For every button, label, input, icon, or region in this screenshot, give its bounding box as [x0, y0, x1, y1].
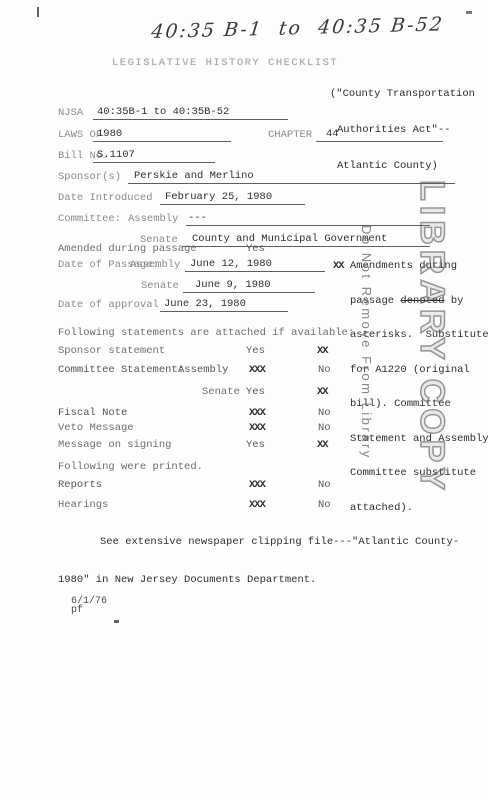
library-stamp-warning-text: Do Not Remove From Library: [360, 225, 372, 460]
committee-assembly-underline: ---: [186, 212, 430, 226]
printed-no-value: No: [318, 499, 331, 511]
sponsors-value: Perskie and Merlino: [134, 170, 254, 182]
amendments-note-line: Committee substitute: [333, 468, 488, 480]
passage-senate-underline: June 9, 1980: [183, 279, 315, 293]
amendments-note-line: for A1220 (original: [333, 365, 488, 377]
act-subject-line: ("County Transportation: [330, 88, 475, 100]
passage-assembly-value: June 12, 1980: [190, 258, 272, 270]
scan-artifact: [37, 7, 39, 17]
amended-value: Yes: [246, 243, 265, 255]
amendments-note-marker: XX: [333, 260, 344, 272]
amendments-note-line: asterisks. Substituted: [333, 330, 488, 342]
sponsors-label: Sponsor(s): [58, 171, 121, 183]
chapter-value: 44: [326, 128, 339, 140]
laws-of-underline: 1980: [93, 128, 231, 142]
committee-assembly-label: Assembly: [128, 213, 178, 225]
statement-row-label: Committee Statement:: [58, 364, 184, 376]
chapter-underline: 44: [316, 128, 443, 142]
newspaper-clipping-note-line: 1980" in New Jersey Documents Department…: [58, 574, 459, 587]
statements-intro: Following statements are attached if ava…: [58, 327, 354, 339]
statement-no-value: XX: [317, 345, 328, 357]
scan-artifact: [114, 620, 119, 623]
statement-yes-value: Yes: [246, 386, 265, 398]
njsa-underline: 40:35B-1 to 40:35B-52: [93, 106, 288, 120]
scan-artifact: [466, 11, 472, 14]
date-approval-value: June 23, 1980: [164, 298, 246, 310]
statement-no-value: No: [318, 364, 331, 376]
newspaper-clipping-note: See extensive newspaper clipping file---…: [58, 511, 459, 611]
amendments-note-line: Statement and Assembly: [333, 434, 488, 446]
statement-no-value: No: [318, 407, 331, 419]
printed-yes-value: XXX: [249, 499, 265, 511]
statement-row-sublabel: Assembly: [178, 364, 228, 376]
statement-row-label: Sponsor statement: [58, 345, 165, 357]
statement-yes-value: Yes: [246, 439, 265, 451]
njsa-label: NJSA: [58, 107, 83, 119]
statement-no-value: XX: [317, 386, 328, 398]
amendments-note-line: bill). Committee: [333, 399, 488, 411]
njsa-value: 40:35B-1 to 40:35B-52: [97, 106, 229, 118]
form-title: LEGISLATIVE HISTORY CHECKLIST: [112, 57, 338, 69]
statement-row-label: Fiscal Note: [58, 407, 127, 419]
statement-no-value: No: [318, 422, 331, 434]
passage-senate-label: Senate: [141, 280, 179, 292]
passage-assembly-label: Assembly: [130, 259, 180, 271]
library-stamp-copy-text: LIBRARY COPY: [426, 180, 438, 495]
printed-row-label: Hearings: [58, 499, 108, 511]
statement-yes-value: XXX: [249, 364, 265, 376]
statement-row-sublabel: Senate: [202, 386, 240, 398]
sponsors-underline: Perskie and Merlino: [128, 170, 455, 184]
statement-row-label: Veto Message: [58, 422, 134, 434]
passage-senate-value: June 9, 1980: [195, 279, 271, 291]
statement-no-value: XX: [317, 439, 328, 451]
amendments-note-line: passage: [350, 295, 400, 307]
statement-yes-value: XXX: [249, 407, 265, 419]
date-introduced-value: February 25, 1980: [165, 191, 272, 203]
printed-no-value: No: [318, 479, 331, 491]
statement-yes-value: XXX: [249, 422, 265, 434]
printed-intro: Following were printed.: [58, 461, 203, 473]
statement-row-label: Message on signing: [58, 439, 171, 451]
printed-yes-value: XXX: [249, 479, 265, 491]
committee-assembly-value: ---: [188, 212, 207, 224]
bill-no-value: S.1107: [97, 149, 135, 161]
scanned-document-page: 40:35 B-1 to 40:35 B-52 LEGISLATIVE HIST…: [0, 0, 488, 800]
preparer-initials: pf: [71, 605, 83, 617]
newspaper-clipping-note-line: See extensive newspaper clipping file---…: [58, 536, 459, 549]
chapter-label: CHAPTER: [268, 129, 312, 141]
passage-assembly-underline: June 12, 1980: [185, 258, 325, 272]
date-introduced-underline: February 25, 1980: [160, 191, 305, 205]
date-approval-label: Date of approval: [58, 299, 159, 311]
printed-row-label: Reports: [58, 479, 102, 491]
laws-of-value: 1980: [97, 128, 122, 140]
bill-no-underline: S.1107: [93, 149, 215, 163]
committee-label: Committee:: [58, 213, 121, 225]
handwritten-citation: 40:35 B-1 to 40:35 B-52: [151, 18, 445, 38]
date-introduced-label: Date Introduced: [58, 192, 153, 204]
amended-label: Amended during passage: [58, 243, 197, 255]
date-approval-underline: June 23, 1980: [160, 298, 288, 312]
amendments-note: XX Amendments during passage denoted by …: [333, 238, 488, 537]
statement-yes-value: Yes: [246, 345, 265, 357]
